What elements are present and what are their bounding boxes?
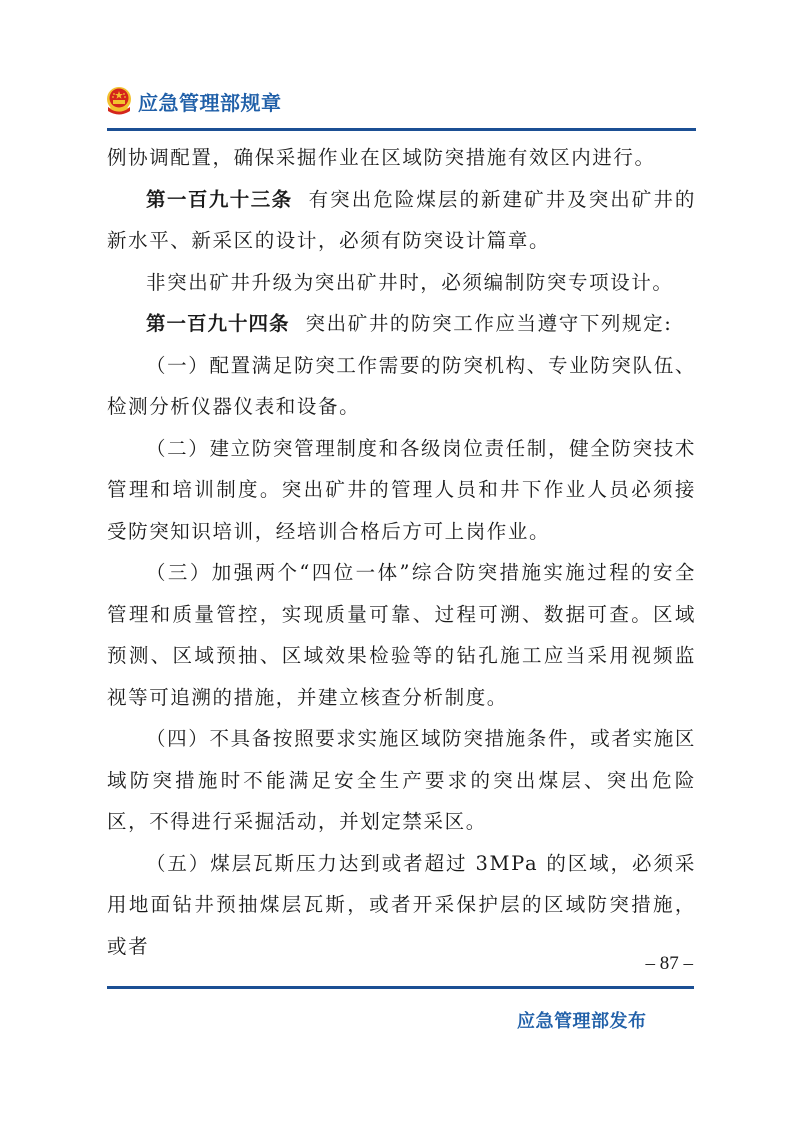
article-text: 突出矿井的防突工作应当遵守下列规定:: [306, 312, 673, 335]
document-body: 例协调配置，确保采掘作业在区域防突措施有效区内进行。 第一百九十三条有突出危险煤…: [107, 137, 696, 967]
header-title: 应急管理部规章: [138, 87, 282, 116]
footer-publisher: 应急管理部发布: [517, 1007, 647, 1033]
list-item: （一）配置满足防突工作需要的防突机构、专业防突队伍、检测分析仪器仪表和设备。: [107, 345, 696, 428]
footer-divider: [107, 986, 694, 989]
article-number: 第一百九十四条: [146, 312, 290, 335]
article-193: 第一百九十三条有突出危险煤层的新建矿井及突出矿井的新水平、新采区的设计，必须有防…: [107, 179, 696, 262]
paragraph: 例协调配置，确保采掘作业在区域防突措施有效区内进行。: [107, 137, 696, 179]
paragraph: 非突出矿井升级为突出矿井时，必须编制防突专项设计。: [107, 262, 696, 304]
national-emblem-icon: [104, 85, 134, 117]
list-item: （四）不具备按照要求实施区域防突措施条件，或者实施区域防突措施时不能满足安全生产…: [107, 718, 696, 843]
page-header: 应急管理部规章: [104, 84, 282, 118]
article-number: 第一百九十三条: [146, 188, 293, 211]
header-divider: [107, 128, 696, 131]
list-item: （五）煤层瓦斯压力达到或者超过 3MPa 的区域，必须采用地面钻井预抽煤层瓦斯，…: [107, 843, 696, 968]
list-item: （二）建立防突管理制度和各级岗位责任制，健全防突技术管理和培训制度。突出矿井的管…: [107, 428, 696, 553]
article-194: 第一百九十四条突出矿井的防突工作应当遵守下列规定:: [107, 303, 696, 345]
page-number: – 87 –: [646, 953, 694, 975]
list-item: （三）加强两个“四位一体”综合防突措施实施过程的安全管理和质量管控，实现质量可靠…: [107, 552, 696, 718]
